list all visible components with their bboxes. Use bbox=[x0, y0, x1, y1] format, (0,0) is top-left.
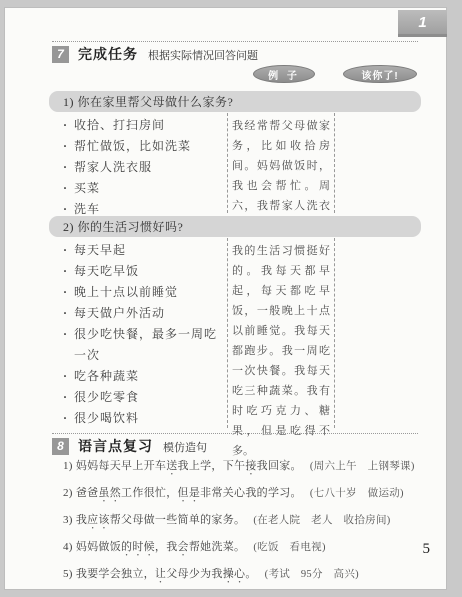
chapter-tab: 1 bbox=[398, 10, 447, 37]
sentence-emphasized-text: 让 bbox=[155, 568, 166, 580]
sentence-text: 非常关心我的学习。 bbox=[200, 487, 302, 499]
your-turn-badge: 该你了! bbox=[343, 65, 417, 83]
sentence: 5) 我要学会独立，让父母少为我操心。(考试 95分 高兴) bbox=[63, 561, 435, 588]
section-8-number-box: 8 bbox=[52, 438, 69, 455]
section-7-title: 完成任务 bbox=[78, 44, 138, 64]
sentence-emphasized-text: 送 bbox=[166, 460, 177, 472]
bullet-item: 很少吃零食 bbox=[63, 387, 227, 408]
sentence-text: 帮她洗菜。 bbox=[189, 541, 246, 553]
sentence-text: 2) 爸爸 bbox=[63, 487, 98, 499]
sentence-hint: (周六上午 上钢琴课) bbox=[310, 461, 415, 472]
sentence-text: 1) 妈妈每天早上开车 bbox=[63, 460, 166, 472]
textbook-page: 1 7 完成任务 根据实际情况回答问题 例 子 该你了! 1) 你在家里帮父母做… bbox=[4, 7, 447, 590]
question-1-example-column: 我经常帮父母做家务，比如收拾房间。妈妈做饭时，我也会帮忙。周六，我帮家人洗衣服。 bbox=[227, 113, 335, 213]
bullet-item: 很少吃快餐，最多一周吃一次 bbox=[63, 324, 227, 366]
bullet-item: 每天做户外活动 bbox=[63, 303, 227, 324]
sentence-emphasized-text: 应该 bbox=[87, 514, 110, 526]
question-2-bullet-column: 每天早起每天吃早饭晚上十点以前睡觉每天做户外活动很少吃快餐，最多一周吃一次吃各种… bbox=[49, 238, 227, 428]
bullet-item: 帮家人洗衣服 bbox=[63, 157, 227, 178]
sentence-emphasized-text: 接 bbox=[245, 460, 256, 472]
sentence-text: 我回家。 bbox=[257, 460, 302, 472]
section-7-header: 7 完成任务 根据实际情况回答问题 bbox=[52, 44, 258, 64]
section-divider bbox=[52, 433, 418, 434]
bullet-item: 很少喝饮料 bbox=[63, 408, 227, 429]
sentence: 3) 我应该帮父母做一些简单的家务。(在老人院 老人 收拾房间) bbox=[63, 507, 435, 534]
question-2-body: 每天早起每天吃早饭晚上十点以前睡觉每天做户外活动很少吃快餐，最多一周吃一次吃各种… bbox=[49, 238, 421, 428]
question-2-bar: 2) 你的生活习惯好吗? bbox=[49, 216, 421, 237]
bullet-item: 晚上十点以前睡觉 bbox=[63, 282, 227, 303]
sentence-emphasized-text: 操心 bbox=[223, 568, 246, 580]
question-1-bullet-column: 收拾、打扫房间帮忙做饭，比如洗菜帮家人洗衣服买菜洗车 bbox=[49, 113, 227, 213]
question-1-bullet-list: 收拾、打扫房间帮忙做饭，比如洗菜帮家人洗衣服买菜洗车 bbox=[63, 115, 227, 220]
chapter-number: 1 bbox=[418, 14, 426, 31]
page-number: 5 bbox=[423, 541, 431, 558]
sentence-text: 帮父母做一些简单的家务。 bbox=[110, 514, 246, 526]
sentence-hint: (吃饭 看电视) bbox=[253, 542, 325, 553]
bullet-item: 买菜 bbox=[63, 178, 227, 199]
question-1-your-turn-column bbox=[335, 113, 421, 213]
sentence-text: 。 bbox=[245, 568, 256, 580]
sentence-emphasized-text: 但是 bbox=[178, 487, 201, 499]
sentence-text: 父母少为我 bbox=[166, 568, 223, 580]
sentence-emphasized-text: 虽然 bbox=[98, 487, 121, 499]
bullet-item: 帮忙做饭，比如洗菜 bbox=[63, 136, 227, 157]
sentence-text: 3) 我 bbox=[63, 514, 87, 526]
sentence: 2) 爸爸虽然工作很忙，但是非常关心我的学习。(七八十岁 做运动) bbox=[63, 480, 435, 507]
bullet-item: 吃各种蔬菜 bbox=[63, 366, 227, 387]
sentence: 4) 妈妈做饭的时候，我会帮她洗菜。(吃饭 看电视) bbox=[63, 534, 435, 561]
question-2-your-turn-column bbox=[335, 238, 421, 428]
bullet-item: 每天吃早饭 bbox=[63, 261, 227, 282]
sentence-text: 4) 妈妈做饭 bbox=[63, 541, 121, 553]
sentence-text: 5) 我要学会独立， bbox=[63, 568, 155, 580]
sentence: 1) 妈妈每天早上开车送我上学，下午接我回家。(周六上午 上钢琴课) bbox=[63, 453, 435, 480]
sentence-text: 我上学，下午 bbox=[178, 460, 246, 472]
sentence-hint: (在老人院 老人 收拾房间) bbox=[253, 515, 390, 526]
question-1-bar: 1) 你在家里帮父母做什么家务? bbox=[49, 91, 421, 112]
section-divider bbox=[52, 41, 418, 42]
question-1-prompt: 1) 你在家里帮父母做什么家务? bbox=[63, 93, 233, 110]
sentence-hint: (七八十岁 做运动) bbox=[310, 488, 404, 499]
sentence-list: 1) 妈妈每天早上开车送我上学，下午接我回家。(周六上午 上钢琴课)2) 爸爸虽… bbox=[63, 453, 435, 588]
sentence-text: 工作很忙， bbox=[121, 487, 178, 499]
question-2-example-answer: 我的生活习惯挺好的。我每天都早起，每天都吃早饭，一般晚上十点以前睡觉。我每天都跑… bbox=[232, 245, 330, 457]
question-1-body: 收拾、打扫房间帮忙做饭，比如洗菜帮家人洗衣服买菜洗车 我经常帮父母做家务，比如收… bbox=[49, 113, 421, 213]
bullet-item: 收拾、打扫房间 bbox=[63, 115, 227, 136]
example-badge: 例 子 bbox=[253, 65, 315, 83]
sentence-emphasized-text: 的时候 bbox=[121, 541, 155, 553]
sentence-text: ，我 bbox=[155, 541, 178, 553]
section-7-number-box: 7 bbox=[52, 46, 69, 63]
section-7-subtitle: 根据实际情况回答问题 bbox=[148, 45, 258, 63]
sentence-emphasized-text: 会 bbox=[178, 541, 189, 553]
sentence-hint: (考试 95分 高兴) bbox=[265, 569, 359, 580]
question-2-prompt: 2) 你的生活习惯好吗? bbox=[63, 218, 183, 235]
question-2-bullet-list: 每天早起每天吃早饭晚上十点以前睡觉每天做户外活动很少吃快餐，最多一周吃一次吃各种… bbox=[63, 240, 227, 429]
question-2-example-column: 我的生活习惯挺好的。我每天都早起，每天都吃早饭，一般晚上十点以前睡觉。我每天都跑… bbox=[227, 238, 335, 428]
bullet-item: 每天早起 bbox=[63, 240, 227, 261]
